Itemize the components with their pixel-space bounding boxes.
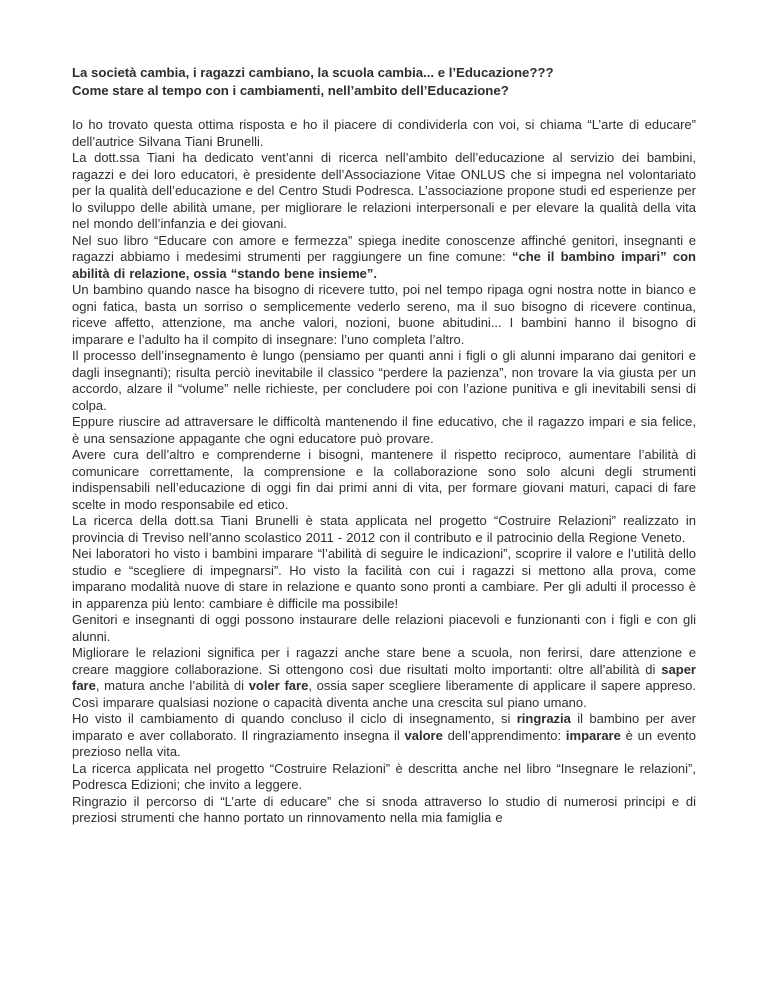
document-title: La società cambia, i ragazzi cambiano, l… xyxy=(72,64,696,100)
text-run: Ho visto il cambiamento di quando conclu… xyxy=(72,711,517,726)
text-run: La ricerca applicata nel progetto “Costr… xyxy=(72,761,696,793)
text-run: Ringrazio il percorso di “L’arte di educ… xyxy=(72,794,696,826)
text-run: La dott.ssa Tiani ha dedicato vent’anni … xyxy=(72,150,696,231)
paragraph: Nel suo libro “Educare con amore e ferme… xyxy=(72,233,696,283)
paragraph: Ringrazio il percorso di “L’arte di educ… xyxy=(72,794,696,827)
paragraph: Genitori e insegnanti di oggi possono in… xyxy=(72,612,696,645)
text-run: Genitori e insegnanti di oggi possono in… xyxy=(72,612,696,644)
text-run: Avere cura dell’altro e comprenderne i b… xyxy=(72,447,696,512)
text-run: Io ho trovato questa ottima risposta e h… xyxy=(72,117,696,149)
text-run: Eppure riuscire ad attraversare le diffi… xyxy=(72,414,696,446)
paragraph: Io ho trovato questa ottima risposta e h… xyxy=(72,117,696,150)
paragraph: Nei laboratori ho visto i bambini impara… xyxy=(72,546,696,612)
paragraph: Avere cura dell’altro e comprenderne i b… xyxy=(72,447,696,513)
paragraph: La ricerca della dott.sa Tiani Brunelli … xyxy=(72,513,696,546)
text-run: , matura anche l’abilità di xyxy=(96,678,249,693)
paragraph: Il processo dell’insegnamento è lungo (p… xyxy=(72,348,696,414)
text-run: La ricerca della dott.sa Tiani Brunelli … xyxy=(72,513,696,545)
document-title-line-2: Come stare al tempo con i cambiamenti, n… xyxy=(72,82,696,100)
text-run: dell’apprendimento: xyxy=(443,728,566,743)
bold-text-run: valore xyxy=(405,728,443,743)
document-title-line-1: La società cambia, i ragazzi cambiano, l… xyxy=(72,64,696,82)
paragraph: Migliorare le relazioni significa per i … xyxy=(72,645,696,711)
text-run: Migliorare le relazioni significa per i … xyxy=(72,645,696,677)
paragraph: Eppure riuscire ad attraversare le diffi… xyxy=(72,414,696,447)
text-run: Il processo dell’insegnamento è lungo (p… xyxy=(72,348,696,413)
text-run: Nei laboratori ho visto i bambini impara… xyxy=(72,546,696,611)
document-page: La società cambia, i ragazzi cambiano, l… xyxy=(0,0,768,994)
paragraph: La ricerca applicata nel progetto “Costr… xyxy=(72,761,696,794)
bold-text-run: ringrazia xyxy=(517,711,571,726)
paragraph: Ho visto il cambiamento di quando conclu… xyxy=(72,711,696,761)
document-body: Io ho trovato questa ottima risposta e h… xyxy=(72,117,696,827)
bold-text-run: voler fare xyxy=(249,678,309,693)
bold-text-run: imparare xyxy=(566,728,621,743)
text-run: Un bambino quando nasce ha bisogno di ri… xyxy=(72,282,696,347)
paragraph: La dott.ssa Tiani ha dedicato vent’anni … xyxy=(72,150,696,233)
paragraph: Un bambino quando nasce ha bisogno di ri… xyxy=(72,282,696,348)
